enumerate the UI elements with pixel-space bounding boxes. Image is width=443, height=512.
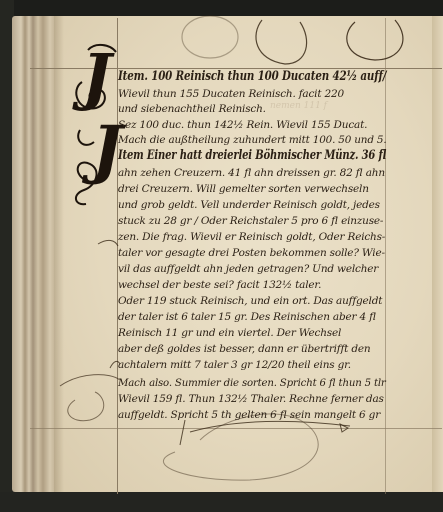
text-line-16: der taler ist 6 taler 15 gr. Des Reinisc… bbox=[118, 311, 376, 323]
background-bottom bbox=[0, 492, 443, 512]
text-line-17: Reinisch 11 gr und ein viertel. Der Wech… bbox=[118, 327, 341, 339]
text-line-20: Mach also. Summier die sorten. Spricht 6… bbox=[118, 377, 386, 389]
text-line-21: Wievil 159 fl. Thun 132½ Thaler. Rechne … bbox=[118, 393, 384, 405]
page-shadow bbox=[54, 16, 64, 492]
text-line-19: achtalern mitt 7 taler 3 gr 12/20 theil … bbox=[118, 359, 351, 371]
text-line-4: Sez 100 duc. thun 142½ Rein. Wievil 155 … bbox=[118, 119, 367, 131]
text-line-1: Item. 100 Reinisch thun 100 Ducaten 42½ … bbox=[118, 69, 386, 84]
text-line-14: wechsel der beste sei? facit 132½ taler. bbox=[118, 279, 321, 291]
manuscript-photo: nemen 111 f J J Item. 100 Reini bbox=[0, 0, 443, 512]
text-line-15: Oder 119 stuck Reinisch, und ein ort. Da… bbox=[118, 295, 382, 307]
text-line-3: und siebenachtheil Reinisch. bbox=[118, 103, 266, 115]
text-line-7: ahn zehen Creuzern. 41 fl ahn dreissen g… bbox=[118, 167, 385, 179]
text-line-12: taler vor gesagte drei Posten bekommen s… bbox=[118, 247, 385, 259]
text-line-11: zen. Die frag. Wievil er Reinisch goldt,… bbox=[118, 231, 385, 243]
text-line-9: und grob geldt. Vell underder Reinisch g… bbox=[118, 199, 380, 211]
text-line-8: drei Creuzern. Will gemelter sorten verw… bbox=[118, 183, 369, 195]
decorated-initial-1: J bbox=[82, 46, 111, 108]
text-line-5: Mach die außtheilung zuhundert mitt 100.… bbox=[118, 134, 386, 146]
text-line-18: aber deß goldes ist besser, dann er über… bbox=[118, 343, 370, 355]
bottom-rule bbox=[30, 428, 442, 429]
text-line-22: auffgeldt. Spricht 5 th gelten 6 fl sein… bbox=[118, 409, 380, 421]
bleed-through: nemen 111 f bbox=[270, 101, 327, 111]
right-margin-rule bbox=[385, 18, 386, 494]
text-line-10: stuck zu 28 gr / Oder Reichstaler 5 pro … bbox=[118, 215, 383, 227]
text-line-2: Wievil thun 155 Ducaten Reinisch. facit … bbox=[118, 88, 344, 100]
text-line-6: Item Einer hatt dreierlei Böhmischer Mün… bbox=[118, 148, 386, 163]
text-line-13: vil das auffgeldt ahn jeden getragen? Un… bbox=[118, 263, 378, 275]
facing-page-edge bbox=[432, 16, 443, 492]
